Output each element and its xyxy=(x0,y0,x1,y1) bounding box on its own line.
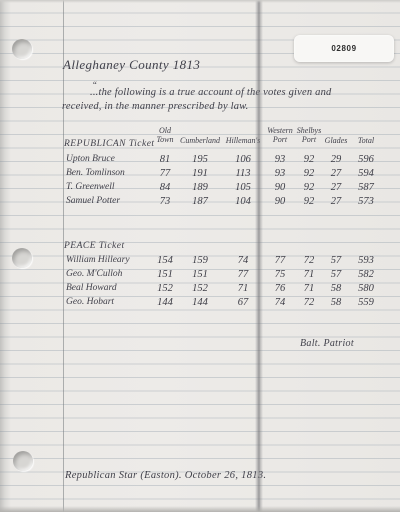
vote-value: 152 xyxy=(192,283,208,294)
vote-value: 92 xyxy=(304,196,315,207)
vote-value: 75 xyxy=(275,269,286,280)
column-header: ShelbysPort xyxy=(297,126,321,144)
vote-value: 90 xyxy=(275,196,286,207)
vote-value: 92 xyxy=(304,182,315,193)
voter-name: Samuel Potter xyxy=(66,196,120,206)
vote-value: 144 xyxy=(157,297,173,308)
voter-name: Geo. M'Culloh xyxy=(66,269,122,279)
vote-value: 104 xyxy=(235,196,251,207)
vote-value: 151 xyxy=(192,269,208,280)
vote-value: 73 xyxy=(160,196,171,207)
voter-name: William Hilleary xyxy=(66,255,130,265)
column-header: WesternPort xyxy=(267,126,292,144)
vote-value: 92 xyxy=(304,154,315,165)
vote-value: 582 xyxy=(358,269,374,280)
vote-value: 58 xyxy=(331,283,342,294)
vote-value: 72 xyxy=(304,255,315,266)
vote-value: 72 xyxy=(304,297,315,308)
column-header: Total xyxy=(358,136,374,145)
punch-hole-top xyxy=(12,39,32,59)
document-title: Alleghaney County 1813 xyxy=(63,57,200,73)
punch-hole-bottom xyxy=(13,451,33,471)
vote-value: 81 xyxy=(160,154,171,165)
vote-value: 159 xyxy=(192,255,208,266)
vote-value: 29 xyxy=(331,154,342,165)
vote-value: 93 xyxy=(275,154,286,165)
vote-value: 27 xyxy=(331,168,342,179)
reference-number-sticker: 02809 xyxy=(294,35,394,62)
voter-name: Upton Bruce xyxy=(66,154,115,164)
vote-value: 189 xyxy=(192,182,208,193)
vote-value: 67 xyxy=(238,297,249,308)
vote-value: 113 xyxy=(236,168,251,179)
vote-value: 144 xyxy=(192,297,208,308)
newspaper-citation: Republican Star (Easton). October 26, 18… xyxy=(65,470,266,481)
vote-value: 71 xyxy=(304,283,315,294)
vote-value: 191 xyxy=(192,168,208,179)
vote-value: 27 xyxy=(331,196,342,207)
section-label: PEACE Ticket xyxy=(64,241,125,251)
vote-value: 593 xyxy=(358,255,374,266)
vote-value: 154 xyxy=(157,255,173,266)
vote-value: 594 xyxy=(358,168,374,179)
paper-top-edge xyxy=(0,0,400,3)
vote-value: 152 xyxy=(157,283,173,294)
vote-value: 76 xyxy=(275,283,286,294)
vote-value: 71 xyxy=(304,269,315,280)
vote-value: 84 xyxy=(160,182,171,193)
reference-number-label: 02809 xyxy=(331,44,356,53)
vote-value: 106 xyxy=(235,154,251,165)
vote-value: 77 xyxy=(160,168,171,179)
column-header: OldTown xyxy=(156,126,173,144)
column-header: Cumberland xyxy=(180,136,220,145)
vote-value: 151 xyxy=(157,269,173,280)
punch-hole-middle xyxy=(12,248,32,268)
section-label: REPUBLICAN Ticket xyxy=(64,139,155,149)
vote-value: 27 xyxy=(331,182,342,193)
vote-value: 559 xyxy=(358,297,374,308)
vote-value: 57 xyxy=(331,269,342,280)
vote-value: 92 xyxy=(304,168,315,179)
voter-name: T. Greenwell xyxy=(66,182,115,192)
vote-value: 77 xyxy=(238,269,249,280)
vote-value: 58 xyxy=(331,297,342,308)
intro-line-1: ...the following is a true account of th… xyxy=(90,87,332,98)
vote-value: 195 xyxy=(192,154,208,165)
paper-bottom-edge xyxy=(0,506,400,512)
vote-value: 596 xyxy=(358,154,374,165)
vote-value: 90 xyxy=(275,182,286,193)
vote-value: 187 xyxy=(192,196,208,207)
column-header: Glades xyxy=(325,136,348,145)
vote-value: 74 xyxy=(238,255,249,266)
vote-value: 573 xyxy=(358,196,374,207)
vote-value: 93 xyxy=(275,168,286,179)
vote-value: 587 xyxy=(358,182,374,193)
voter-name: Geo. Hobart xyxy=(66,297,114,307)
voter-name: Beal Howard xyxy=(66,283,117,293)
voter-name: Ben. Tomlinson xyxy=(66,168,125,178)
scanned-document-page: 02809 Alleghaney County 1813 “ ...the fo… xyxy=(0,0,400,512)
attribution: Balt. Patriot xyxy=(300,338,354,349)
vote-value: 71 xyxy=(238,283,249,294)
vote-value: 74 xyxy=(275,297,286,308)
vote-value: 105 xyxy=(235,182,251,193)
fold-crease xyxy=(255,0,263,512)
vote-value: 77 xyxy=(275,255,286,266)
intro-line-2: received, in the manner prescribed by la… xyxy=(62,101,248,112)
vote-value: 57 xyxy=(331,255,342,266)
vote-value: 580 xyxy=(358,283,374,294)
margin-line xyxy=(63,0,64,512)
